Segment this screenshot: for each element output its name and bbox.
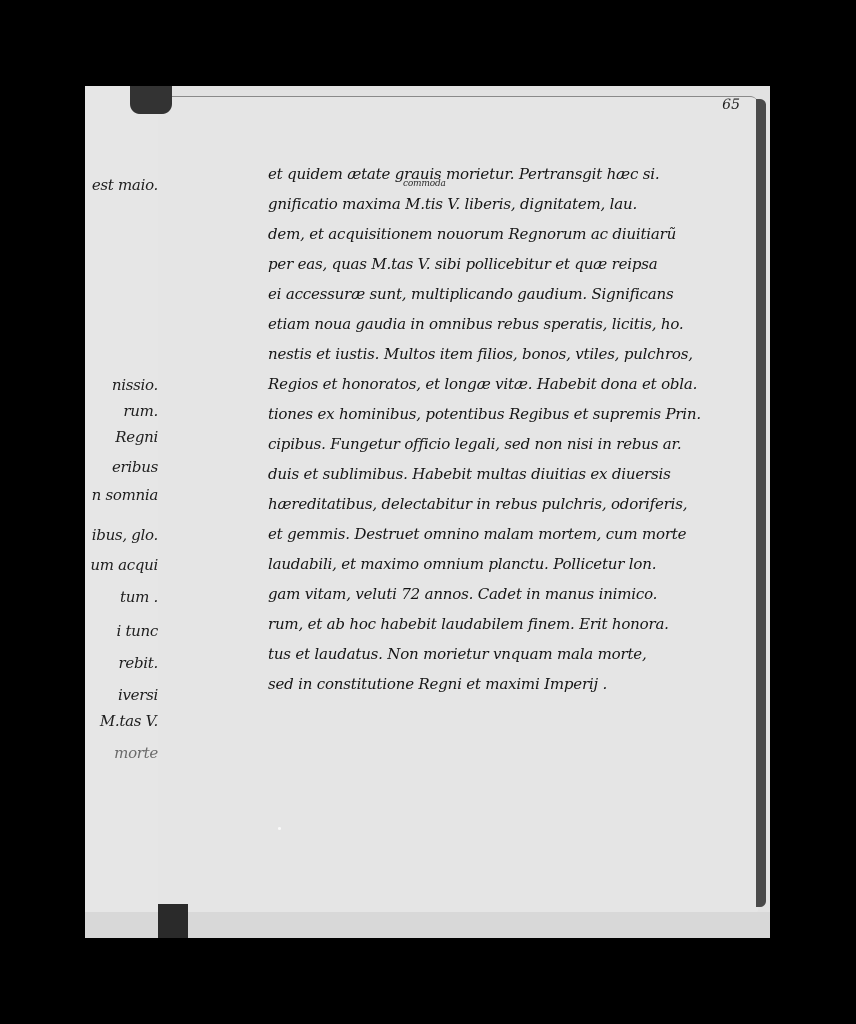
text-line: tiones ex hominibus, potentibus Regibus … — [268, 405, 701, 423]
text-line: etiam noua gaudia in omnibus rebus spera… — [268, 315, 683, 333]
text-line: duis et sublimibus. Habebit multas diuit… — [268, 465, 671, 483]
text-line: sed in constitutione Regni et maximi Imp… — [268, 675, 607, 693]
left-page-fragment: rum. — [123, 402, 158, 420]
left-page-fragment: ibus, glo. — [92, 526, 158, 544]
text-line: cipibus. Fungetur officio legali, sed no… — [268, 435, 681, 453]
text-line: dem, et acquisitionem nouorum Regnorum a… — [268, 225, 676, 243]
text-line: et quidem ætate grauis morietur. Pertran… — [268, 165, 659, 183]
text-line: Regios et honoratos, et longæ vitæ. Habe… — [268, 375, 697, 393]
text-line: tus et laudatus. Non morietur vnquam mal… — [268, 645, 647, 663]
text-line: hæreditatibus, delectabitur in rebus pul… — [268, 495, 687, 513]
binding-tab-bottom — [158, 904, 188, 938]
left-page-fragment: rebit. — [119, 654, 158, 672]
left-page: est maio. nissio. rum. Regni eribus n so… — [85, 86, 160, 916]
text-line: ei accessuræ sunt, multiplicando gaudium… — [268, 285, 673, 303]
right-page: 65 commoda et quidem ætate grauis moriet… — [158, 96, 758, 912]
text-line: per eas, quas M.tas V. sibi pollicebitur… — [268, 255, 658, 273]
left-page-fragment: M.tas V. — [100, 712, 158, 730]
text-line: gnificatio maxima M.tis V. liberis, dign… — [268, 195, 637, 213]
text-line: nestis et iustis. Multos item filios, bo… — [268, 345, 693, 363]
page-number: 65 — [722, 97, 740, 113]
text-line: et gemmis. Destruet omnino malam mortem,… — [268, 525, 686, 543]
left-page-fragment: est maio. — [92, 176, 158, 194]
left-page-fragment: um acqui — [90, 556, 158, 574]
left-page-fragment: n somnia — [92, 486, 158, 504]
manuscript-scan: est maio. nissio. rum. Regni eribus n so… — [85, 86, 770, 938]
left-page-fragment: eribus — [112, 458, 158, 476]
dust-speck — [278, 827, 281, 830]
left-page-fragment: i tunc — [116, 622, 158, 640]
right-page-edge — [756, 99, 766, 907]
text-line: laudabili, et maximo omnium planctu. Pol… — [268, 555, 656, 573]
left-page-fragment: tum . — [120, 588, 158, 606]
text-line: rum, et ab hoc habebit laudabilem finem.… — [268, 615, 669, 633]
left-page-fragment: nissio. — [112, 376, 158, 394]
binding-tab-top — [130, 86, 172, 114]
left-page-fragment: Regni — [115, 428, 158, 446]
left-page-fragment: morte — [114, 744, 158, 762]
left-page-fragment: iversi — [118, 686, 158, 704]
text-line: gam vitam, veluti 72 annos. Cadet in man… — [268, 585, 657, 603]
